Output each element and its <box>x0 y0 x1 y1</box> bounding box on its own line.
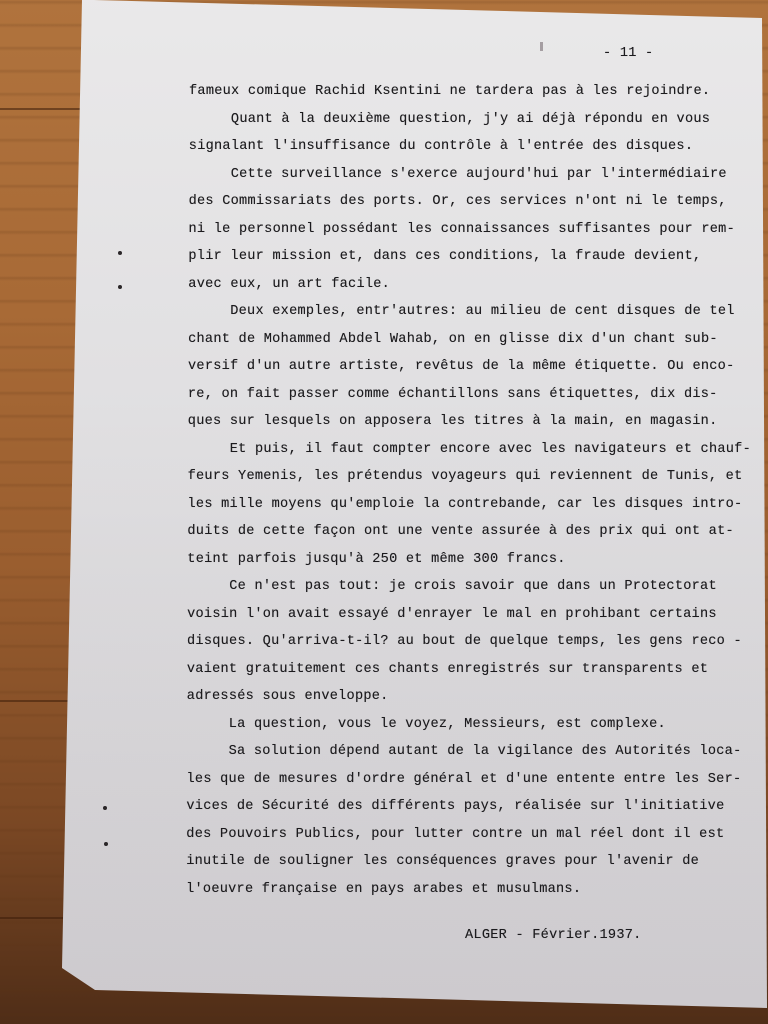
text-line: l'oeuvre française en pays arabes et mus… <box>186 882 581 897</box>
binding-hole <box>104 842 108 846</box>
text-line: vaient gratuitement ces chants enregistr… <box>187 662 708 677</box>
text-line: Sa solution dépend autant de la vigilanc… <box>187 744 742 759</box>
text-line: les que de mesures d'ordre général et d'… <box>187 772 742 787</box>
binding-hole <box>118 285 122 289</box>
text-line: vices de Sécurité des différents pays, r… <box>186 799 724 814</box>
text-line: Cette surveillance s'exerce aujourd'hui … <box>189 167 727 182</box>
pencil-mark <box>540 42 543 51</box>
text-line: disques. Qu'arriva-t-il? au bout de quel… <box>187 634 742 649</box>
text-line: signalant l'insuffisance du contrôle à l… <box>189 139 693 154</box>
text-line: avec eux, un art facile. <box>188 277 390 292</box>
text-line: re, on fait passer comme échantillons sa… <box>188 387 718 402</box>
text-line: La question, vous le voyez, Messieurs, e… <box>187 717 666 732</box>
text-line: ques sur lesquels on apposera les titres… <box>188 414 718 429</box>
text-line: teint parfois jusqu'à 250 et même 300 fr… <box>187 552 565 567</box>
text-line: duits de cette façon ont une vente assur… <box>187 524 734 539</box>
text-line: des Pouvoirs Publics, pour lutter contre… <box>186 827 724 842</box>
binding-hole <box>118 251 122 255</box>
text-line: fameux comique Rachid Ksentini ne tarder… <box>189 84 710 99</box>
text-line: des Commissariats des ports. Or, ces ser… <box>189 194 727 209</box>
text-line: Quant à la deuxième question, j'y ai déj… <box>189 112 710 127</box>
text-line: voisin l'on avait essayé d'enrayer le ma… <box>187 607 717 622</box>
binding-hole <box>103 806 107 810</box>
text-line: Ce n'est pas tout: je crois savoir que d… <box>187 579 717 594</box>
text-line: inutile de souligner les conséquences gr… <box>186 854 699 869</box>
text-line: adressés sous enveloppe. <box>187 689 389 704</box>
text-line: Deux exemples, entr'autres: au milieu de… <box>188 304 735 319</box>
wood-grain-seam <box>0 917 70 919</box>
page-number: - 11 - <box>603 46 653 61</box>
text-line: Et puis, il faut compter encore avec les… <box>188 442 751 457</box>
text-line: plir leur mission et, dans ces condition… <box>188 249 701 264</box>
text-line: ni le personnel possédant les connaissan… <box>189 222 736 237</box>
text-line: chant de Mohammed Abdel Wahab, on en gli… <box>188 332 718 347</box>
text-line: les mille moyens qu'emploie la contreban… <box>188 497 743 512</box>
text-line: versif d'un autre artiste, revêtus de la… <box>188 359 735 374</box>
text-line: feurs Yemenis, les prétendus voyageurs q… <box>188 469 743 484</box>
signature-place-date: ALGER - Février.1937. <box>465 928 642 943</box>
